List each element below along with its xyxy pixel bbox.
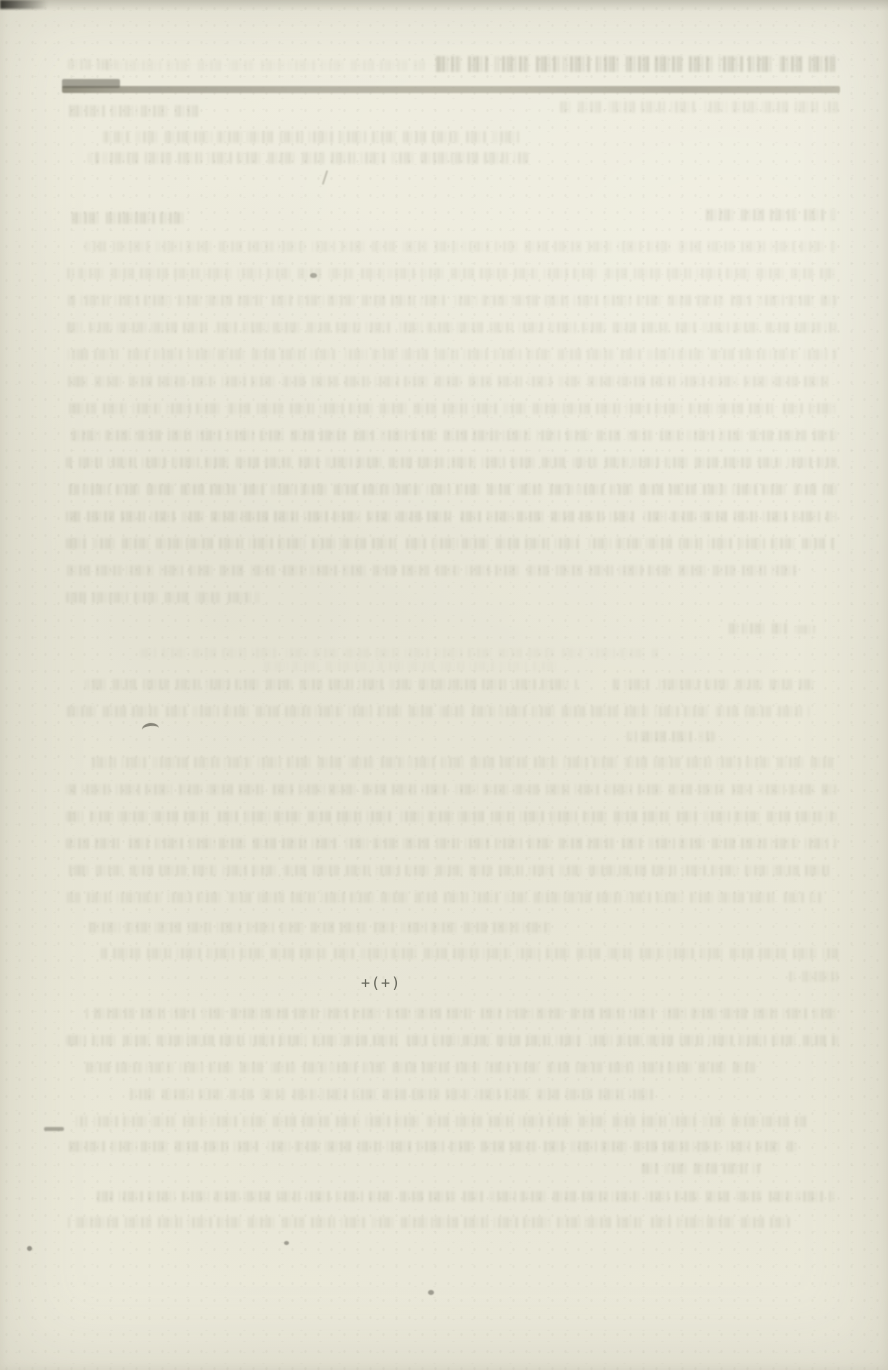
faded-text-line — [140, 648, 660, 658]
faded-text-line — [66, 511, 836, 522]
faded-text-line — [66, 865, 836, 876]
faded-text-line — [795, 625, 815, 634]
faded-text-line — [66, 1035, 838, 1046]
ink-mark-dot — [284, 1241, 289, 1245]
faded-text-line — [130, 1089, 658, 1100]
faded-text-line — [66, 349, 836, 360]
faded-text-line — [430, 56, 836, 72]
faded-text-line — [75, 1116, 807, 1127]
faded-text-line — [705, 209, 837, 221]
ink-mark-dash — [44, 1127, 64, 1131]
faded-text-line — [66, 784, 836, 795]
faded-text-line — [66, 838, 836, 849]
faded-text-line — [100, 60, 425, 71]
faded-text-line — [85, 679, 577, 690]
faded-text-line — [85, 1008, 837, 1019]
footnote-symbol: +(+) — [361, 974, 401, 992]
faded-text-line — [728, 623, 788, 634]
faded-text-line — [66, 1141, 796, 1152]
faded-text-line — [66, 706, 811, 717]
faded-text-layer: +(+) — [0, 0, 888, 1370]
ink-mark-slash — [322, 170, 329, 185]
faded-text-line — [85, 1062, 761, 1073]
header-rule — [62, 86, 840, 93]
faded-text-line — [66, 295, 836, 306]
faded-text-line — [85, 241, 835, 252]
faded-text-line — [66, 538, 836, 549]
faded-text-line — [66, 403, 836, 414]
faded-text-line — [560, 101, 838, 113]
ink-mark-dot — [428, 1290, 434, 1295]
faded-text-line — [66, 565, 801, 576]
faded-text-line — [66, 430, 836, 441]
ink-mark-dot — [27, 1246, 32, 1251]
faded-text-line — [66, 811, 836, 822]
faded-text-line — [260, 661, 560, 671]
faded-text-line — [85, 922, 553, 933]
faded-text-line — [68, 105, 203, 117]
faded-text-line — [85, 757, 833, 768]
faded-text-line — [95, 1191, 835, 1202]
faded-text-line — [66, 484, 836, 495]
faded-text-line — [788, 971, 838, 982]
faded-text-line — [66, 322, 836, 333]
ink-mark-curl — [141, 722, 159, 736]
faded-text-line — [66, 1217, 790, 1228]
ink-mark-dash — [62, 79, 120, 88]
faded-text-line — [640, 1163, 760, 1174]
faded-text-line — [627, 731, 715, 742]
faded-text-line — [66, 212, 184, 224]
faded-text-line — [88, 152, 528, 164]
ink-mark-dot — [310, 273, 317, 278]
faded-text-line — [66, 592, 262, 603]
scanned-page: +(+) — [0, 0, 888, 1370]
faded-text-line — [66, 457, 836, 468]
faded-text-line — [100, 948, 838, 959]
faded-text-line — [66, 268, 836, 279]
faded-text-line — [66, 376, 836, 387]
faded-text-line — [66, 892, 822, 903]
faded-text-line — [610, 679, 813, 690]
faded-text-line — [100, 131, 520, 143]
